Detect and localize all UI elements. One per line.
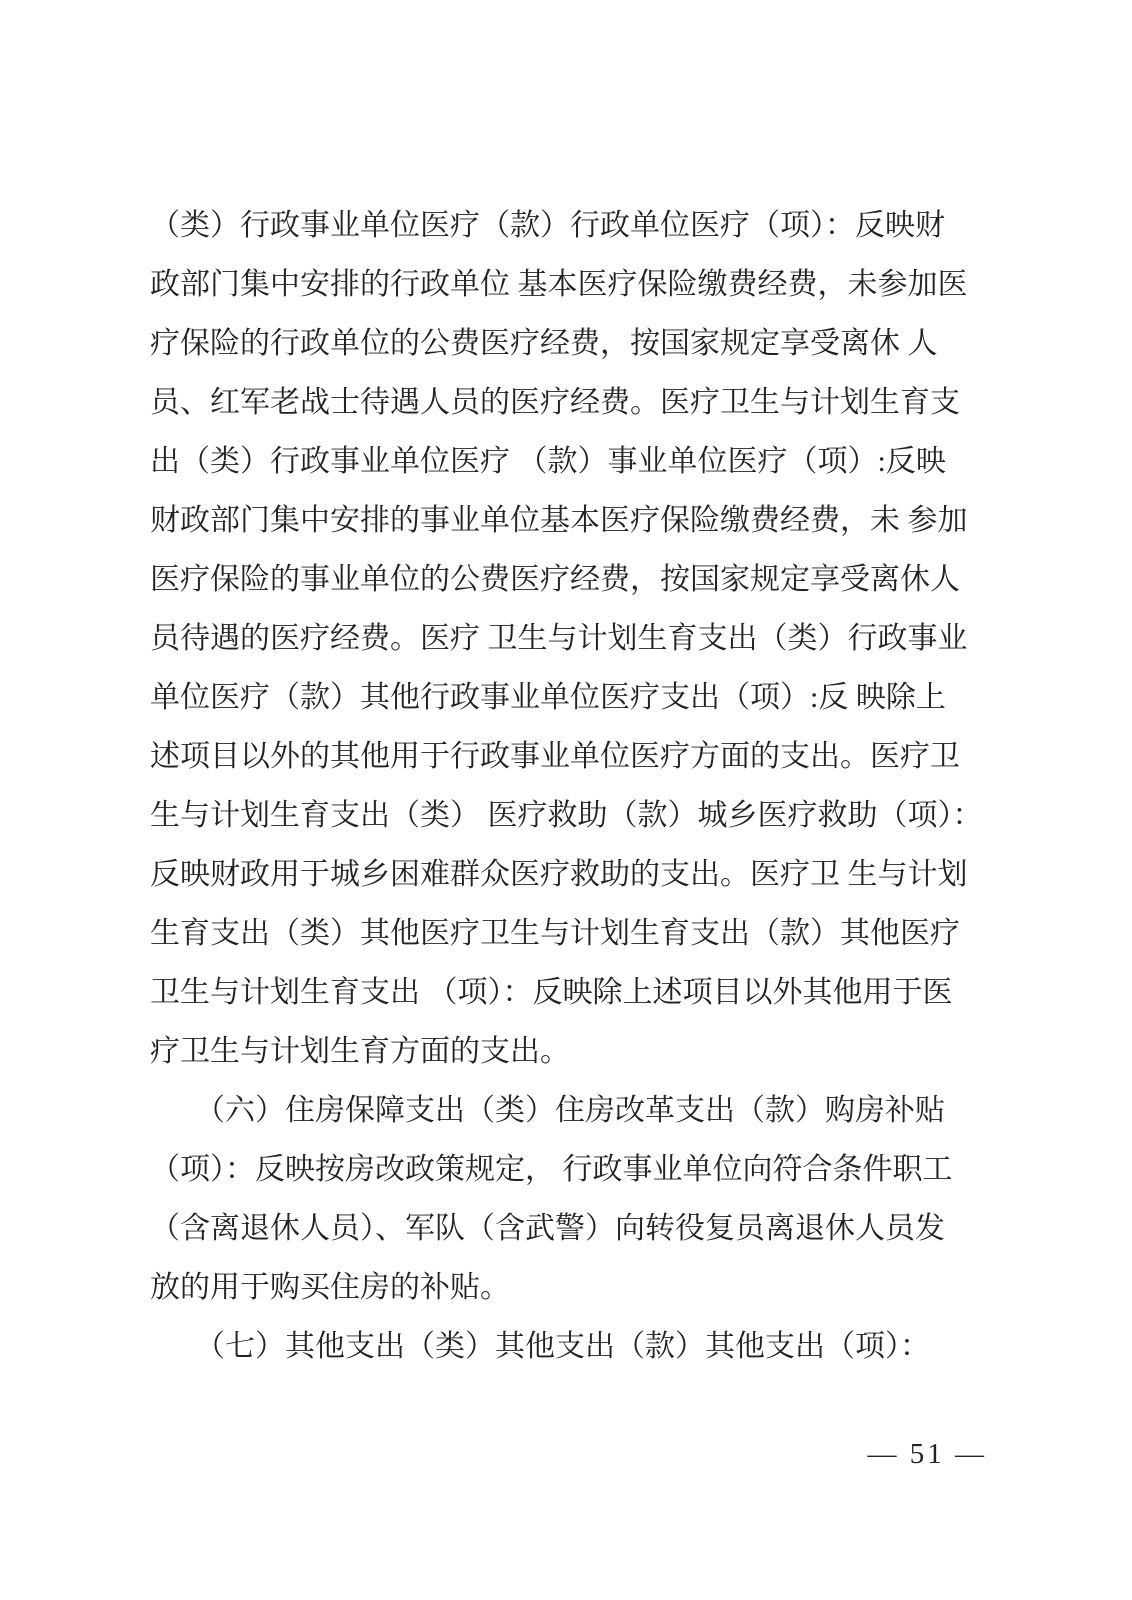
text-line: （六）住房保障支出（类）住房改革支出（款）购房补贴 xyxy=(150,1081,1050,1140)
text-line: 医疗保险的事业单位的公费医疗经费，按国家规定享受离休人 xyxy=(150,550,1050,609)
text-line: 员、红军老战士待遇人员的医疗经费。医疗卫生与计划生育支 xyxy=(150,373,1050,432)
document-body: （类）行政事业单位医疗（款）行政单位医疗（项）：反映财政部门集中安排的行政单位 … xyxy=(150,196,1050,1376)
text-line: 单位医疗（款）其他行政事业单位医疗支出（项）:反 映除上 xyxy=(150,668,1050,727)
text-line: 生育支出（类）其他医疗卫生与计划生育支出（款）其他医疗 xyxy=(150,904,1050,963)
text-line: （七）其他支出（类）其他支出（款）其他支出（项）： xyxy=(150,1317,1050,1376)
text-line: （类）行政事业单位医疗（款）行政单位医疗（项）：反映财 xyxy=(150,196,1050,255)
text-line: （项）：反映按房改政策规定， 行政事业单位向符合条件职工 xyxy=(150,1140,1050,1199)
text-line: 生与计划生育支出（类） 医疗救助（款）城乡医疗救助（项）： xyxy=(150,786,1050,845)
text-line: 政部门集中安排的行政单位 基本医疗保险缴费经费，未参加医 xyxy=(150,255,1050,314)
text-line: 出（类）行政事业单位医疗 （款）事业单位医疗（项）:反映 xyxy=(150,432,1050,491)
text-line: 疗卫生与计划生育方面的支出。 xyxy=(150,1022,1050,1081)
text-line: 财政部门集中安排的事业单位基本医疗保险缴费经费，未 参加 xyxy=(150,491,1050,550)
document-page: （类）行政事业单位医疗（款）行政单位医疗（项）：反映财政部门集中安排的行政单位 … xyxy=(0,0,1132,1600)
text-line: 述项目以外的其他用于行政事业单位医疗方面的支出。医疗卫 xyxy=(150,727,1050,786)
text-line: 放的用于购买住房的补贴。 xyxy=(150,1258,1050,1317)
text-line: （含离退休人员）、军队（含武警）向转役复员离退休人员发 xyxy=(150,1199,1050,1258)
text-line: 卫生与计划生育支出 （项）：反映除上述项目以外其他用于医 xyxy=(150,963,1050,1022)
text-line: 疗保险的行政单位的公费医疗经费，按国家规定享受离休 人 xyxy=(150,314,1050,373)
text-line: 员待遇的医疗经费。医疗 卫生与计划生育支出（类）行政事业 xyxy=(150,609,1050,668)
page-number: — 51 — xyxy=(868,1438,988,1471)
text-line: 反映财政用于城乡困难群众医疗救助的支出。医疗卫 生与计划 xyxy=(150,845,1050,904)
